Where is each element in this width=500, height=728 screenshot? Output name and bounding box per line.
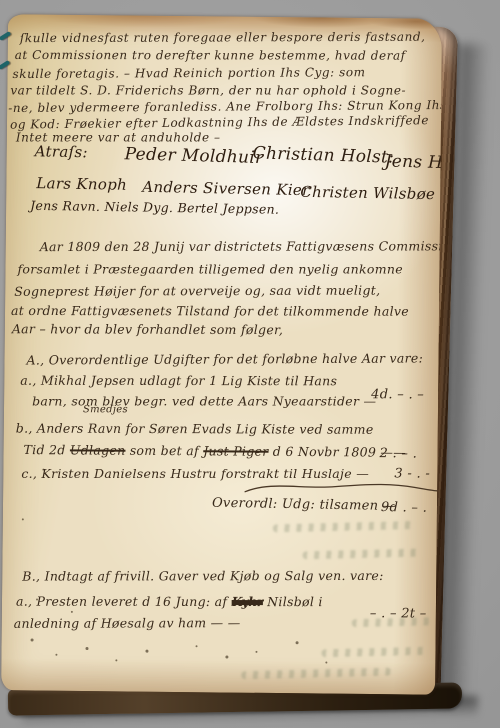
inserted-word: Smedjes bbox=[83, 404, 128, 415]
signature: Peder Moldhuir bbox=[124, 144, 263, 168]
entry-line: a., Mikhal Jepsen udlagt for 1 Lig Kiste… bbox=[20, 373, 337, 389]
foxing-spot bbox=[255, 651, 257, 653]
signature-row: Jens Ravn. Niels Dyg. Bertel Jeppsen. bbox=[30, 198, 279, 217]
manuscript-line: og Kod: Frøekier efter Lodkastning Ihs d… bbox=[10, 113, 429, 131]
foxing-spot bbox=[85, 647, 88, 650]
manuscript-line: at ordne Fattigvæsenets Tilstand for det… bbox=[11, 303, 409, 319]
entry-line: Tid 2d Udlagen som bet af Just Piger d 6… bbox=[24, 442, 407, 460]
manuscript-line: -ne, blev ydermeere foranlediss. Ane Fro… bbox=[8, 98, 442, 115]
attestation-label: Atraſs: bbox=[35, 142, 88, 161]
foxing-spot bbox=[325, 662, 327, 664]
foxing-spot bbox=[71, 611, 73, 613]
section-b-heading: B., Indtagt af frivill. Gaver ved Kjøb o… bbox=[22, 568, 383, 584]
foxing-spot bbox=[145, 650, 148, 653]
manuscript-line: skulle foretagis. – Hvad Reinich portion… bbox=[12, 65, 365, 81]
section-a-heading: A., Overordentlige Udgifter for det forl… bbox=[26, 350, 423, 367]
signature: Christen Wilsbøe bbox=[300, 183, 435, 203]
foxing-spot bbox=[296, 641, 299, 644]
manuscript-page: ſkulle vidnesfast ruten foregaae eller b… bbox=[1, 14, 442, 695]
signature: Jens Ham- bbox=[384, 152, 442, 174]
foxing-spot bbox=[196, 645, 198, 647]
strikethrough-word: Udlagen bbox=[70, 442, 126, 457]
manuscript-line: forsamlet i Præstegaarden tilligemed den… bbox=[17, 261, 402, 276]
scribbled-word: Kyhr bbox=[232, 594, 263, 609]
entry-line: anledning af Høesalg av ham — — bbox=[14, 615, 241, 631]
foxing-spot bbox=[55, 654, 57, 656]
manuscript-line: Aar 1809 den 28 Junij var districtets Fa… bbox=[40, 238, 442, 254]
manuscript-line: at Commissionen tro derefter kunne beste… bbox=[15, 48, 406, 63]
manuscript-line: Aar – hvor da blev forhandlet som følger… bbox=[12, 321, 283, 337]
ghost-bleedthrough bbox=[241, 668, 391, 680]
ghost-bleedthrough bbox=[302, 548, 422, 559]
ghost-bleedthrough bbox=[273, 521, 413, 532]
foxing-spot bbox=[225, 656, 228, 659]
total-amount: 9d . – . bbox=[381, 500, 427, 516]
photo-backdrop: ſkulle vidnesfast ruten foregaae eller b… bbox=[0, 0, 500, 728]
entry-line: a., Presten leveret d 16 Jung: af Kyhr N… bbox=[16, 594, 323, 610]
strikethrough-word: Just Piger bbox=[203, 443, 268, 458]
foxing-spot bbox=[31, 638, 34, 641]
entry-text: a., Presten leveret d 16 Jung: af bbox=[16, 594, 232, 609]
foxing-spot bbox=[36, 599, 38, 601]
manuscript-line: var tildelt S. D. Friderichs Børn, der n… bbox=[10, 83, 406, 97]
amount-value: 3 - . - bbox=[394, 466, 430, 481]
total-flourish-line bbox=[243, 479, 442, 497]
signature: Anders Siversen Kier bbox=[142, 178, 310, 199]
amount-value: 4d. – . – bbox=[371, 387, 424, 402]
entry-line: b., Anders Ravn for Søren Evads Lig Kist… bbox=[16, 421, 374, 437]
manuscript-line: Sogneprest Høijer for at overveije og, s… bbox=[14, 283, 380, 299]
foxing-spot bbox=[42, 469, 44, 471]
signature: Lars Knoph bbox=[36, 174, 127, 194]
entry-text: som bet af bbox=[125, 443, 203, 459]
foxing-spot bbox=[115, 659, 117, 661]
ghost-bleedthrough bbox=[352, 617, 432, 627]
amount-value: 2 . – . bbox=[379, 446, 417, 461]
entry-text: Tid 2d bbox=[24, 442, 70, 457]
manuscript-line: ſkulle vidnesfast ruten foregaae eller b… bbox=[20, 30, 426, 45]
entry-text: Nilsbøl i bbox=[263, 594, 323, 609]
total-line: Overordl: Udg: tilsamen — bbox=[212, 496, 396, 514]
foxing-spot bbox=[22, 518, 24, 520]
signature: Christian Holst: bbox=[252, 143, 394, 167]
ghost-bleedthrough bbox=[321, 647, 426, 658]
